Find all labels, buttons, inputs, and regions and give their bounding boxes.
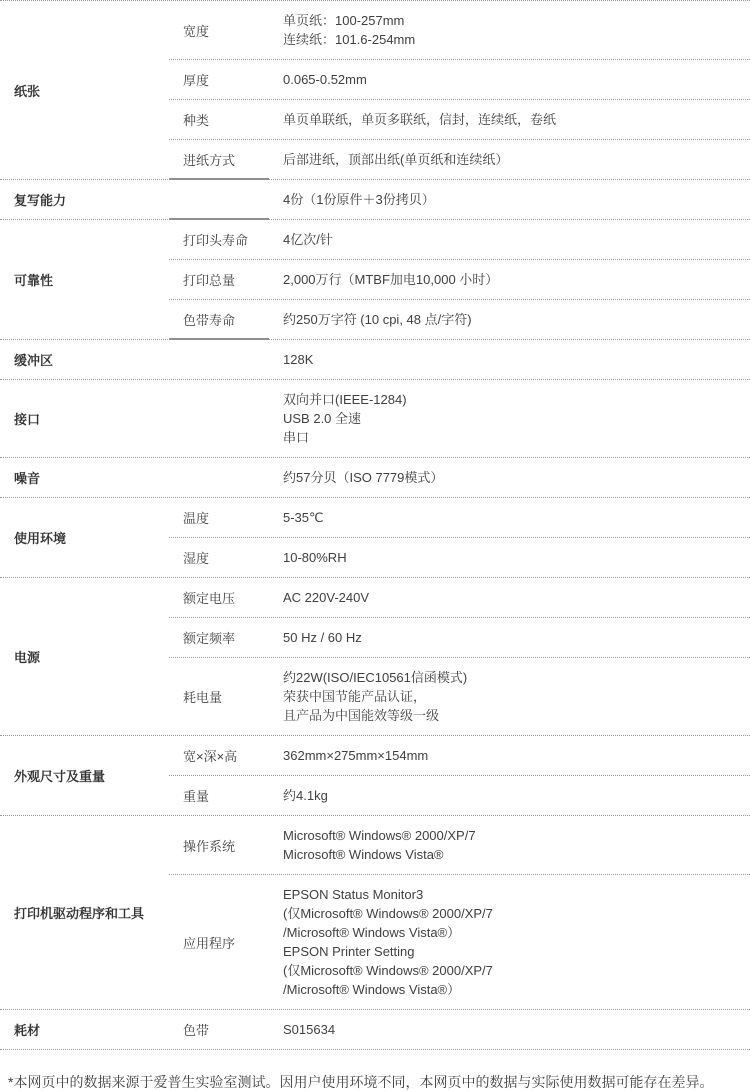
spec-section-6: 使用环境温度5-35℃湿度10-80%RH [0,498,750,578]
table-row: 应用程序EPSON Status Monitor3 (仅Microsoft® W… [169,874,750,1009]
spec-sublabel: 进纸方式 [169,140,269,179]
spec-sublabel: 种类 [169,100,269,139]
table-row: 额定频率50 Hz / 60 Hz [169,617,750,657]
spec-value: 50 Hz / 60 Hz [269,618,750,657]
table-row: 128K [169,340,750,379]
table-row: 额定电压AC 220V-240V [169,578,750,617]
spec-section-5: 噪音约57分贝（ISO 7779模式） [0,458,750,498]
category-label: 复写能力 [0,180,169,219]
category-label: 耗材 [0,1010,169,1049]
spec-section-4: 接口双向并口(IEEE-1284) USB 2.0 全速 串口 [0,380,750,458]
spec-value: Microsoft® Windows® 2000/XP/7 Microsoft®… [269,816,750,874]
spec-rows: 打印头寿命4亿次/针打印总量2,000万行（MTBF加电10,000 小时）色带… [169,220,750,339]
category-label: 使用环境 [0,498,169,577]
section-divider-solid [169,338,269,340]
table-row: 重量约4.1kg [169,775,750,815]
spec-sublabel: 宽×深×高 [169,736,269,775]
spec-value: AC 220V-240V [269,578,750,617]
spec-value: 后部进纸，顶部出纸(单页纸和连续纸） [269,140,750,179]
spec-table: 纸张宽度单页纸：100-257mm 连续纸：101.6-254mm厚度0.065… [0,0,750,1050]
spec-rows: 额定电压AC 220V-240V额定频率50 Hz / 60 Hz耗电量约22W… [169,578,750,735]
spec-rows: 宽×深×高362mm×275mm×154mm重量约4.1kg [169,736,750,815]
spec-sublabel: 宽度 [169,1,269,59]
category-label: 外观尺寸及重量 [0,736,169,815]
footnote: *本网页中的数据来源于爱普生实验室测试。因用户使用环境不同，本网页中的数据与实际… [8,1072,740,1092]
category-label: 接口 [0,380,169,457]
spec-value: 0.065-0.52mm [269,60,750,99]
spec-value: 4份（1份原件＋3份拷贝） [269,180,750,219]
spec-sublabel: 应用程序 [169,875,269,1009]
table-row: 操作系统Microsoft® Windows® 2000/XP/7 Micros… [169,816,750,874]
spec-value: EPSON Status Monitor3 (仅Microsoft® Windo… [269,875,750,1009]
spec-sublabel: 额定电压 [169,578,269,617]
table-row: 约57分贝（ISO 7779模式） [169,458,750,497]
table-row: 宽度单页纸：100-257mm 连续纸：101.6-254mm [169,1,750,59]
spec-sublabel [169,180,269,219]
table-row: 宽×深×高362mm×275mm×154mm [169,736,750,775]
table-row: 打印总量2,000万行（MTBF加电10,000 小时） [169,259,750,299]
spec-value: 约250万字符 (10 cpi, 48 点/字符) [269,300,750,339]
section-divider-solid [169,218,269,220]
table-row: 种类单页单联纸，单页多联纸，信封，连续纸，卷纸 [169,99,750,139]
spec-value: S015634 [269,1010,750,1049]
spec-rows: 色带S015634 [169,1010,750,1049]
category-label: 缓冲区 [0,340,169,379]
spec-section-8: 外观尺寸及重量宽×深×高362mm×275mm×154mm重量约4.1kg [0,736,750,816]
table-row: 湿度10-80%RH [169,537,750,577]
table-row: 双向并口(IEEE-1284) USB 2.0 全速 串口 [169,380,750,457]
spec-rows: 操作系统Microsoft® Windows® 2000/XP/7 Micros… [169,816,750,1009]
spec-section-9: 打印机驱动程序和工具操作系统Microsoft® Windows® 2000/X… [0,816,750,1010]
spec-value: 10-80%RH [269,538,750,577]
spec-sublabel: 温度 [169,498,269,537]
spec-section-2: 可靠性打印头寿命4亿次/针打印总量2,000万行（MTBF加电10,000 小时… [0,220,750,340]
spec-value: 128K [269,340,750,379]
table-row: 耗电量约22W(ISO/IEC10561信函模式) 荣获中国节能产品认证， 且产… [169,657,750,735]
spec-section-10: 耗材色带S015634 [0,1010,750,1050]
spec-section-3: 缓冲区128K [0,340,750,380]
spec-rows: 温度5-35℃湿度10-80%RH [169,498,750,577]
spec-sublabel: 湿度 [169,538,269,577]
spec-section-7: 电源额定电压AC 220V-240V额定频率50 Hz / 60 Hz耗电量约2… [0,578,750,736]
spec-sublabel [169,380,269,457]
spec-sublabel: 色带寿命 [169,300,269,339]
spec-sublabel [169,340,269,379]
table-row: 厚度0.065-0.52mm [169,59,750,99]
spec-value: 4亿次/针 [269,220,750,259]
spec-sublabel [169,458,269,497]
spec-sublabel: 厚度 [169,60,269,99]
spec-sublabel: 打印总量 [169,260,269,299]
category-label: 噪音 [0,458,169,497]
spec-value: 单页单联纸，单页多联纸，信封，连续纸，卷纸 [269,100,750,139]
spec-value: 双向并口(IEEE-1284) USB 2.0 全速 串口 [269,380,750,457]
spec-sublabel: 重量 [169,776,269,815]
spec-value: 约57分贝（ISO 7779模式） [269,458,750,497]
spec-sublabel: 操作系统 [169,816,269,874]
spec-rows: 4份（1份原件＋3份拷贝） [169,180,750,219]
table-row: 温度5-35℃ [169,498,750,537]
table-row: 色带寿命约250万字符 (10 cpi, 48 点/字符) [169,299,750,339]
spec-value: 约22W(ISO/IEC10561信函模式) 荣获中国节能产品认证， 且产品为中… [269,658,750,735]
category-label: 打印机驱动程序和工具 [0,816,169,1009]
table-row: 进纸方式后部进纸，顶部出纸(单页纸和连续纸） [169,139,750,179]
table-row: 色带S015634 [169,1010,750,1049]
spec-section-1: 复写能力4份（1份原件＋3份拷贝） [0,180,750,220]
table-row: 打印头寿命4亿次/针 [169,220,750,259]
spec-value: 2,000万行（MTBF加电10,000 小时） [269,260,750,299]
category-label: 纸张 [0,1,169,179]
spec-value: 单页纸：100-257mm 连续纸：101.6-254mm [269,1,750,59]
category-label: 电源 [0,578,169,735]
spec-section-0: 纸张宽度单页纸：100-257mm 连续纸：101.6-254mm厚度0.065… [0,1,750,180]
table-row: 4份（1份原件＋3份拷贝） [169,180,750,219]
spec-sublabel: 额定频率 [169,618,269,657]
spec-rows: 宽度单页纸：100-257mm 连续纸：101.6-254mm厚度0.065-0… [169,1,750,179]
spec-rows: 约57分贝（ISO 7779模式） [169,458,750,497]
spec-sublabel: 打印头寿命 [169,220,269,259]
spec-value: 5-35℃ [269,498,750,537]
spec-value: 约4.1kg [269,776,750,815]
spec-rows: 128K [169,340,750,379]
spec-sublabel: 耗电量 [169,658,269,735]
section-divider-solid [169,178,269,180]
spec-sublabel: 色带 [169,1010,269,1049]
spec-rows: 双向并口(IEEE-1284) USB 2.0 全速 串口 [169,380,750,457]
category-label: 可靠性 [0,220,169,339]
spec-value: 362mm×275mm×154mm [269,736,750,775]
